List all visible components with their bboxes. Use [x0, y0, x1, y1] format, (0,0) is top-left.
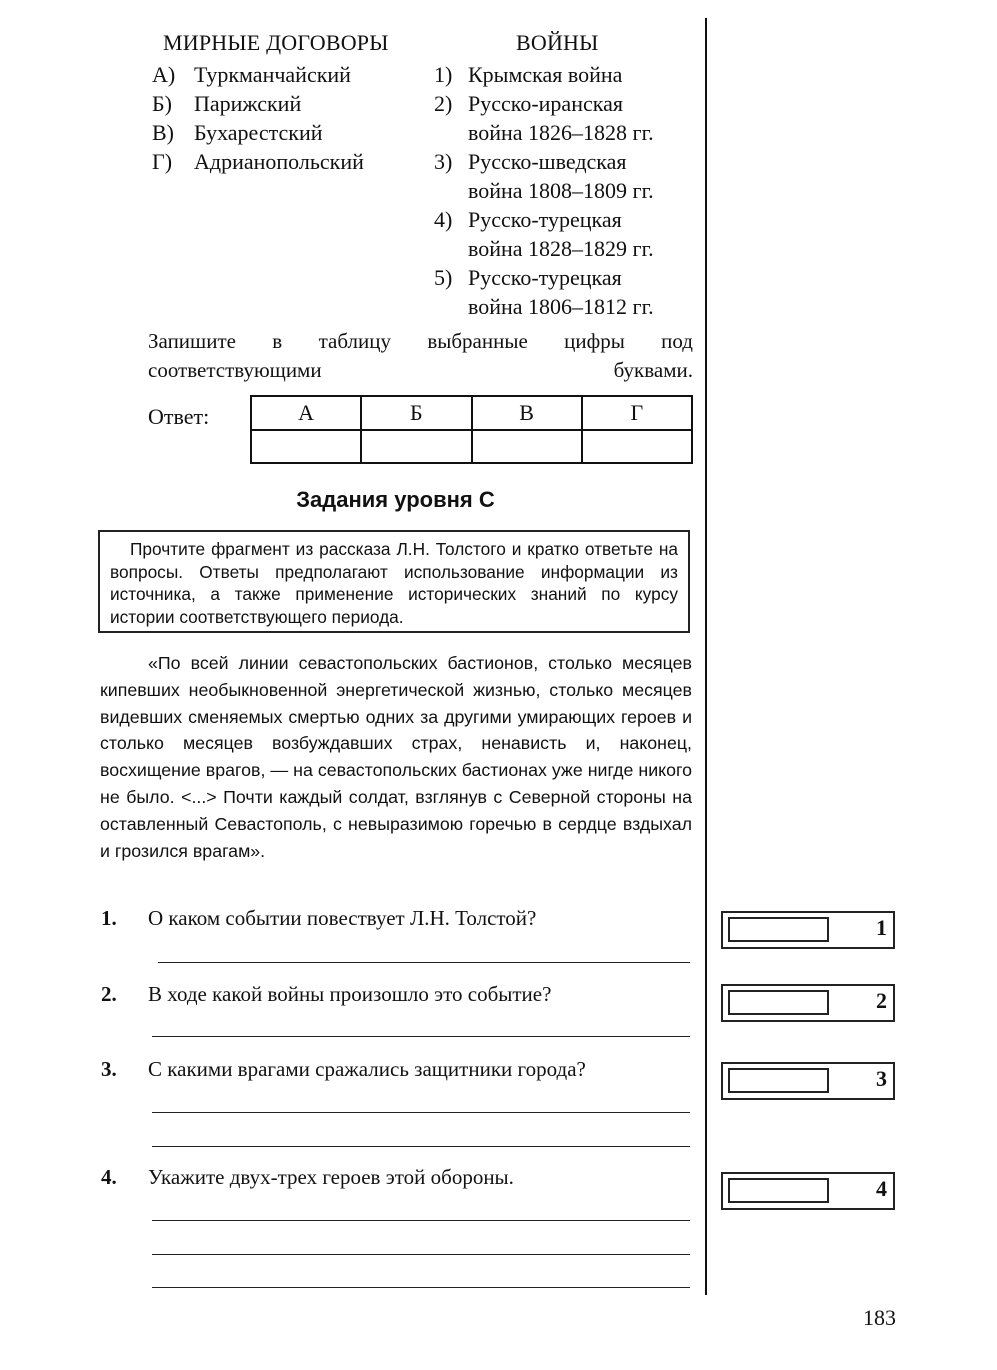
answer-line[interactable]: [152, 1036, 690, 1037]
answer-table: А Б В Г: [250, 395, 693, 464]
score-box-2: 2: [721, 984, 895, 1022]
treaty-item: Г)Адрианопольский: [152, 147, 364, 176]
answer-cell-a[interactable]: [251, 430, 361, 463]
question-number: 2.: [101, 982, 117, 1007]
war-item: 2)Русско-иранская: [434, 89, 654, 118]
war-item: 3)Русско-шведская: [434, 147, 654, 176]
instruction-text: Прочтите фрагмент из рассказа Л.Н. Толст…: [110, 538, 678, 628]
score-label: 3: [876, 1066, 887, 1092]
table-instruction: Запишите в таблицу выбранные цифры под с…: [148, 327, 693, 385]
instruction-box: Прочтите фрагмент из рассказа Л.Н. Толст…: [98, 530, 690, 633]
treaty-item: А)Туркманчайский: [152, 60, 364, 89]
war-item: 1)Крымская война: [434, 60, 654, 89]
answer-cell-b[interactable]: [361, 430, 471, 463]
question-text: Укажите двух-трех героев этой обороны.: [148, 1165, 514, 1190]
war-item: 4)Русско-турецкая: [434, 205, 654, 234]
answer-line[interactable]: [152, 1146, 690, 1147]
score-label: 1: [876, 915, 887, 941]
score-box-3: 3: [721, 1062, 895, 1100]
answer-cell-g[interactable]: [582, 430, 692, 463]
score-label: 4: [876, 1176, 887, 1202]
answer-line[interactable]: [152, 1112, 690, 1113]
answer-line[interactable]: [158, 962, 690, 963]
answer-col-header: Б: [361, 396, 471, 430]
question-text: В ходе какой войны произошло это событие…: [148, 982, 551, 1007]
wars-list: 1)Крымская война 2)Русско-иранская война…: [434, 60, 654, 321]
page-number: 183: [863, 1305, 896, 1331]
section-title: Задания уровня С: [98, 487, 693, 513]
score-input-2[interactable]: [728, 990, 829, 1015]
answer-col-header: В: [472, 396, 582, 430]
treaties-header: МИРНЫЕ ДОГОВОРЫ: [163, 30, 389, 56]
answer-cell-v[interactable]: [472, 430, 582, 463]
answer-line[interactable]: [152, 1254, 690, 1255]
question-number: 1.: [101, 906, 117, 931]
answer-col-header: Г: [582, 396, 692, 430]
question-number: 3.: [101, 1057, 117, 1082]
score-label: 2: [876, 988, 887, 1014]
treaty-item: В)Бухарестский: [152, 118, 364, 147]
question-text: О каком событии повествует Л.Н. Толстой?: [148, 906, 536, 931]
score-input-3[interactable]: [728, 1068, 829, 1093]
wars-header: ВОЙНЫ: [516, 30, 599, 56]
score-box-1: 1: [721, 911, 895, 949]
quote-text: «По всей линии севастопольских бастионов…: [100, 650, 692, 864]
question-text: С какими врагами сражались защитники гор…: [148, 1057, 586, 1082]
war-item: 5)Русско-турецкая: [434, 263, 654, 292]
score-input-4[interactable]: [728, 1178, 829, 1203]
score-box-4: 4: [721, 1172, 895, 1210]
answer-line[interactable]: [152, 1287, 690, 1288]
question-number: 4.: [101, 1165, 117, 1190]
score-input-1[interactable]: [728, 917, 829, 942]
answer-label: Ответ:: [148, 404, 209, 430]
answer-line[interactable]: [152, 1220, 690, 1221]
treaty-item: Б)Парижский: [152, 89, 364, 118]
answer-col-header: А: [251, 396, 361, 430]
margin-divider: [705, 18, 707, 1295]
treaties-list: А)Туркманчайский Б)Парижский В)Бухарестс…: [152, 60, 364, 176]
